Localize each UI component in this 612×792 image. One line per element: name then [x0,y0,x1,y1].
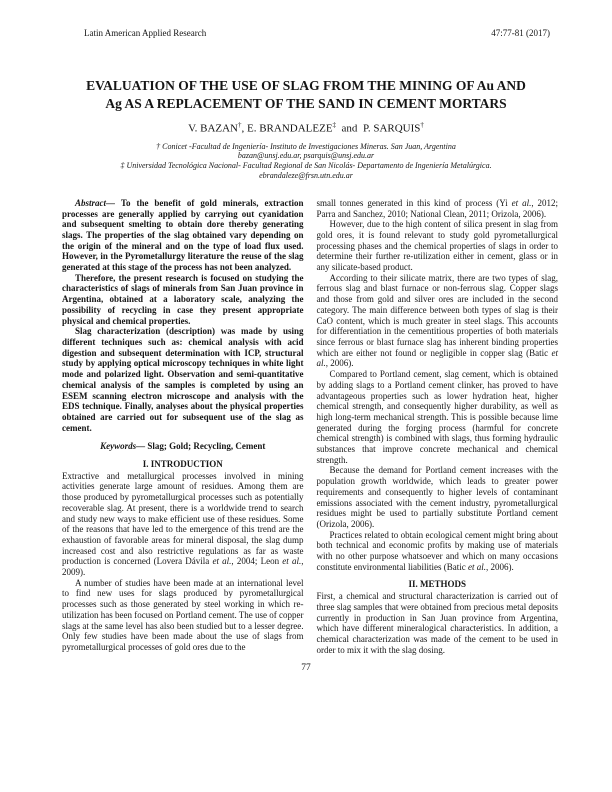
introduction-paragraph-5: According to their silicate matrix, ther… [317,273,559,369]
affiliation-line-2: ‡ Universidad Tecnológica Nacional- Facu… [0,161,612,171]
keywords-label: Keywords— [100,441,145,451]
affiliations-block: † Conicet -Facultad de Ingeniería- Insti… [0,142,612,181]
affiliation-line-1: † Conicet -Facultad de Ingeniería- Insti… [0,142,612,152]
methods-paragraph-1: First, a chemical and structural charact… [317,591,559,655]
paper-title-line-2: Ag AS A REPLACEMENT OF THE SAND IN CEMEN… [40,95,572,113]
introduction-paragraph-8: Practices related to obtain ecological c… [317,530,559,573]
introduction-paragraph-7: Because the demand for Portland cement i… [317,465,559,529]
introduction-paragraph-1: Extractive and metallurgical processes i… [62,471,304,578]
paper-page: Latin American Applied Research 47:77-81… [0,0,612,792]
paper-title-line-1: EVALUATION OF THE USE OF SLAG FROM THE M… [40,77,572,95]
left-column: Abstract— To the benefit of gold mineral… [62,198,304,656]
introduction-paragraph-6: Compared to Portland cement, slag cement… [317,369,559,465]
author-2: E. BRANDALEZE [247,123,333,135]
keywords-line: Keywords— Slag; Gold; Recycling, Cement [62,441,304,452]
page-number: 77 [0,663,612,673]
introduction-paragraph-4: However, due to the high content of sili… [317,219,559,273]
authors-line: V. BAZAN†, E. BRANDALEZE‡ and P. SARQUIS… [0,121,612,135]
right-column: small tonnes generated in this kind of p… [317,198,559,656]
introduction-paragraph-2: A number of studies have been made at an… [62,578,304,653]
section-heading-introduction: I. INTRODUCTION [62,459,304,470]
affiliation-email-line-1: bazan@unsj.edu.ar, psarquis@unsj.edu.ar [0,151,612,161]
abstract-paragraph-1: Abstract— To the benefit of gold mineral… [62,198,304,273]
abstract-section: Abstract— To the benefit of gold mineral… [62,198,304,433]
author-3-affiliation-mark: † [420,121,424,129]
two-column-body: Abstract— To the benefit of gold mineral… [0,198,612,656]
affiliation-email-line-2: ebrandaleze@frsn.utn.edu.ar [0,171,612,181]
abstract-label: Abstract— [75,198,115,208]
running-head: Latin American Applied Research 47:77-81… [0,28,612,39]
author-3: P. SARQUIS [363,123,420,135]
issue-info: 47:77-81 (2017) [491,28,550,39]
paper-title: EVALUATION OF THE USE OF SLAG FROM THE M… [40,77,572,112]
introduction-paragraph-3: small tonnes generated in this kind of p… [317,198,559,219]
abstract-paragraph-3: Slag characterization (description) was … [62,326,304,433]
section-heading-methods: II. METHODS [317,579,559,590]
author-conjunction: and [336,123,363,135]
keywords-text: Slag; Gold; Recycling, Cement [145,441,265,451]
journal-name: Latin American Applied Research [84,28,206,39]
author-1: V. BAZAN [188,123,238,135]
abstract-paragraph-1-text: To the benefit of gold minerals, extract… [62,198,304,272]
abstract-paragraph-2: Therefore, the present research is focus… [62,273,304,327]
